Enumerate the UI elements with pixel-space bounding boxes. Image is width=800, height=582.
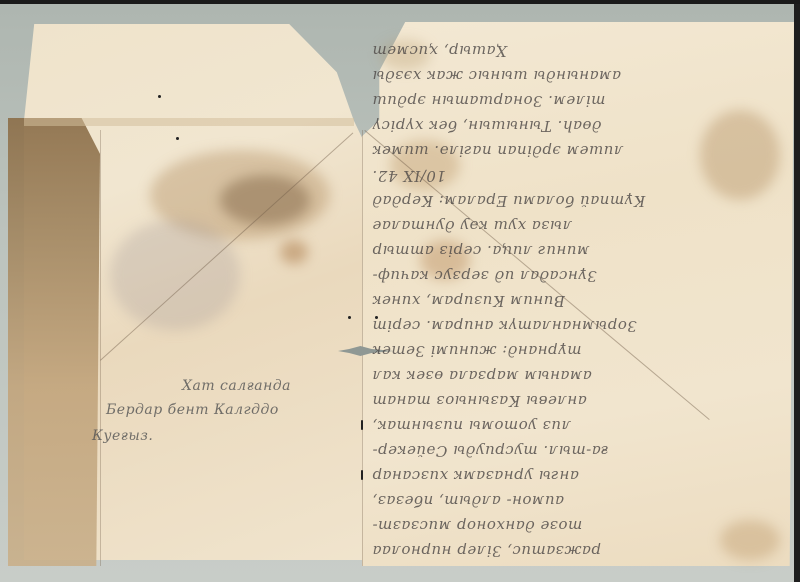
pin-hole	[348, 316, 351, 319]
handwriting-line: миниг лица. серіз аттыр	[372, 242, 589, 260]
handwriting-line: тозе данхонор мисзазт-	[372, 517, 582, 535]
stained-side-flap	[8, 118, 100, 566]
handwriting-line: Ҳашыр, ҳисмет	[372, 42, 507, 60]
pin-hole	[176, 137, 179, 140]
handwriting-line: лишем эрдіпап пагілә. шимек	[372, 142, 623, 160]
scanner-edge	[794, 4, 800, 582]
handwriting-line: Виним Кизирам, хинек	[372, 292, 565, 310]
pencil-note-line: Бердар бент Калгддо	[106, 402, 279, 418]
pencil-note-line: Куеғыз.	[92, 428, 153, 444]
pin-hole	[361, 420, 363, 430]
handwriting-line: Зұнсадал ид зерзус качиф-	[372, 267, 597, 285]
handwriting-line: дөаһ. Тынышын, бек хүрісү	[372, 117, 601, 135]
handwriting-line: тұрнанд: жинимі Зетек	[372, 342, 581, 360]
pin-hole	[361, 470, 363, 480]
handwriting-line: ражзатис, Зілер нирнолаа	[372, 542, 601, 560]
handwriting-line: аманым марзала өзек кал	[372, 367, 592, 385]
fold-crease-top	[24, 118, 354, 126]
handwriting-line: анлевы Казыныоз танат	[372, 392, 587, 410]
handwritten-letter-body: ражзатис, Зілер нирнолаа тозе данхонор м…	[372, 30, 780, 560]
handwriting-line: ангы урназамк хизсанар	[372, 467, 579, 485]
handwriting-line: ға-тыл. тусриуды Сәйекер-	[372, 442, 609, 460]
handwriting-line: лыза хуш кәу дунталае	[372, 217, 572, 235]
handwriting-date: 10/IX 42.	[372, 167, 446, 185]
handwriting-line: тілем. Зонаршатын эрдиш	[372, 92, 605, 110]
handwriting-line: лиз уотомы пизынтак,	[372, 417, 571, 435]
pencil-note-line: Хат салғанда	[182, 378, 291, 394]
vertical-fold	[100, 130, 101, 566]
handwriting-line: Зорымнанлатүк анирам. серіт	[372, 317, 637, 335]
stain	[110, 220, 240, 330]
handwriting-line: аманынды шыныс жак хэзды	[372, 67, 621, 85]
handwriting-line: Кұтпай болами Ералам: Кердад	[372, 192, 645, 210]
pin-hole	[158, 95, 161, 98]
handwriting-line: аимон- алдыт, пбезаз,	[372, 492, 564, 510]
stain	[280, 240, 308, 264]
